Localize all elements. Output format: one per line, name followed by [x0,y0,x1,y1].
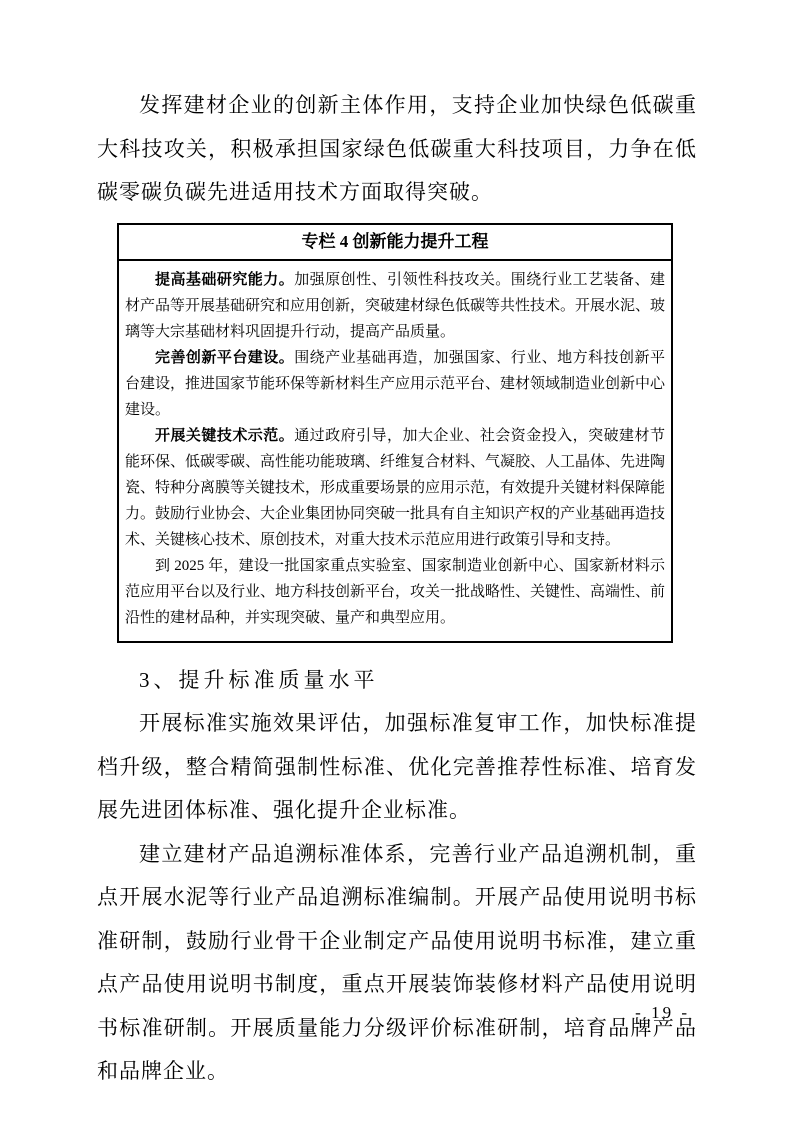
box-paragraph: 完善创新平台建设。围绕产业基础再造，加强国家、行业、地方科技创新平台建设，推进国… [125,345,665,423]
document-page: 发挥建材企业的创新主体作用，支持企业加快绿色低碳重大科技攻关，积极承担国家绿色低… [0,0,794,1123]
column-box-title: 专栏 4 创新能力提升工程 [119,225,671,261]
box-paragraph: 到 2025 年，建设一批国家重点实验室、国家制造业创新中心、国家新材料示范应用… [125,553,665,631]
column-box-body: 提高基础研究能力。加强原创性、引领性科技攻关。围绕行业工艺装备、建材产品等开展基… [119,261,671,641]
column-box: 专栏 4 创新能力提升工程 提高基础研究能力。加强原创性、引领性科技攻关。围绕行… [117,223,673,643]
box-paragraph-text: 通过政府引导，加大企业、社会资金投入，突破建材节能环保、低碳零碳、高性能功能玻璃… [125,428,665,548]
box-paragraph: 提高基础研究能力。加强原创性、引领性科技攻关。围绕行业工艺装备、建材产品等开展基… [125,267,665,345]
intro-paragraph: 发挥建材企业的创新主体作用，支持企业加快绿色低碳重大科技攻关，积极承担国家绿色低… [97,84,697,215]
section-heading: 3、提升标准质量水平 [97,659,697,703]
page-number: - 19 - [635,1003,690,1023]
box-paragraph-text: 到 2025 年，建设一批国家重点实验室、国家制造业创新中心、国家新材料示范应用… [125,558,665,626]
box-paragraph-lead: 开展关键技术示范。 [155,428,294,444]
box-paragraph-lead: 提高基础研究能力。 [155,272,294,288]
box-paragraph-lead: 完善创新平台建设。 [155,350,294,366]
body-paragraph: 开展标准实施效果评估，加强标准复审工作，加快标准提档升级，整合精简强制性标准、优… [97,702,697,833]
box-paragraph: 开展关键技术示范。通过政府引导，加大企业、社会资金投入，突破建材节能环保、低碳零… [125,423,665,553]
body-paragraph: 建立建材产品追溯标准体系，完善行业产品追溯机制，重点开展水泥等行业产品追溯标准编… [97,833,697,1094]
